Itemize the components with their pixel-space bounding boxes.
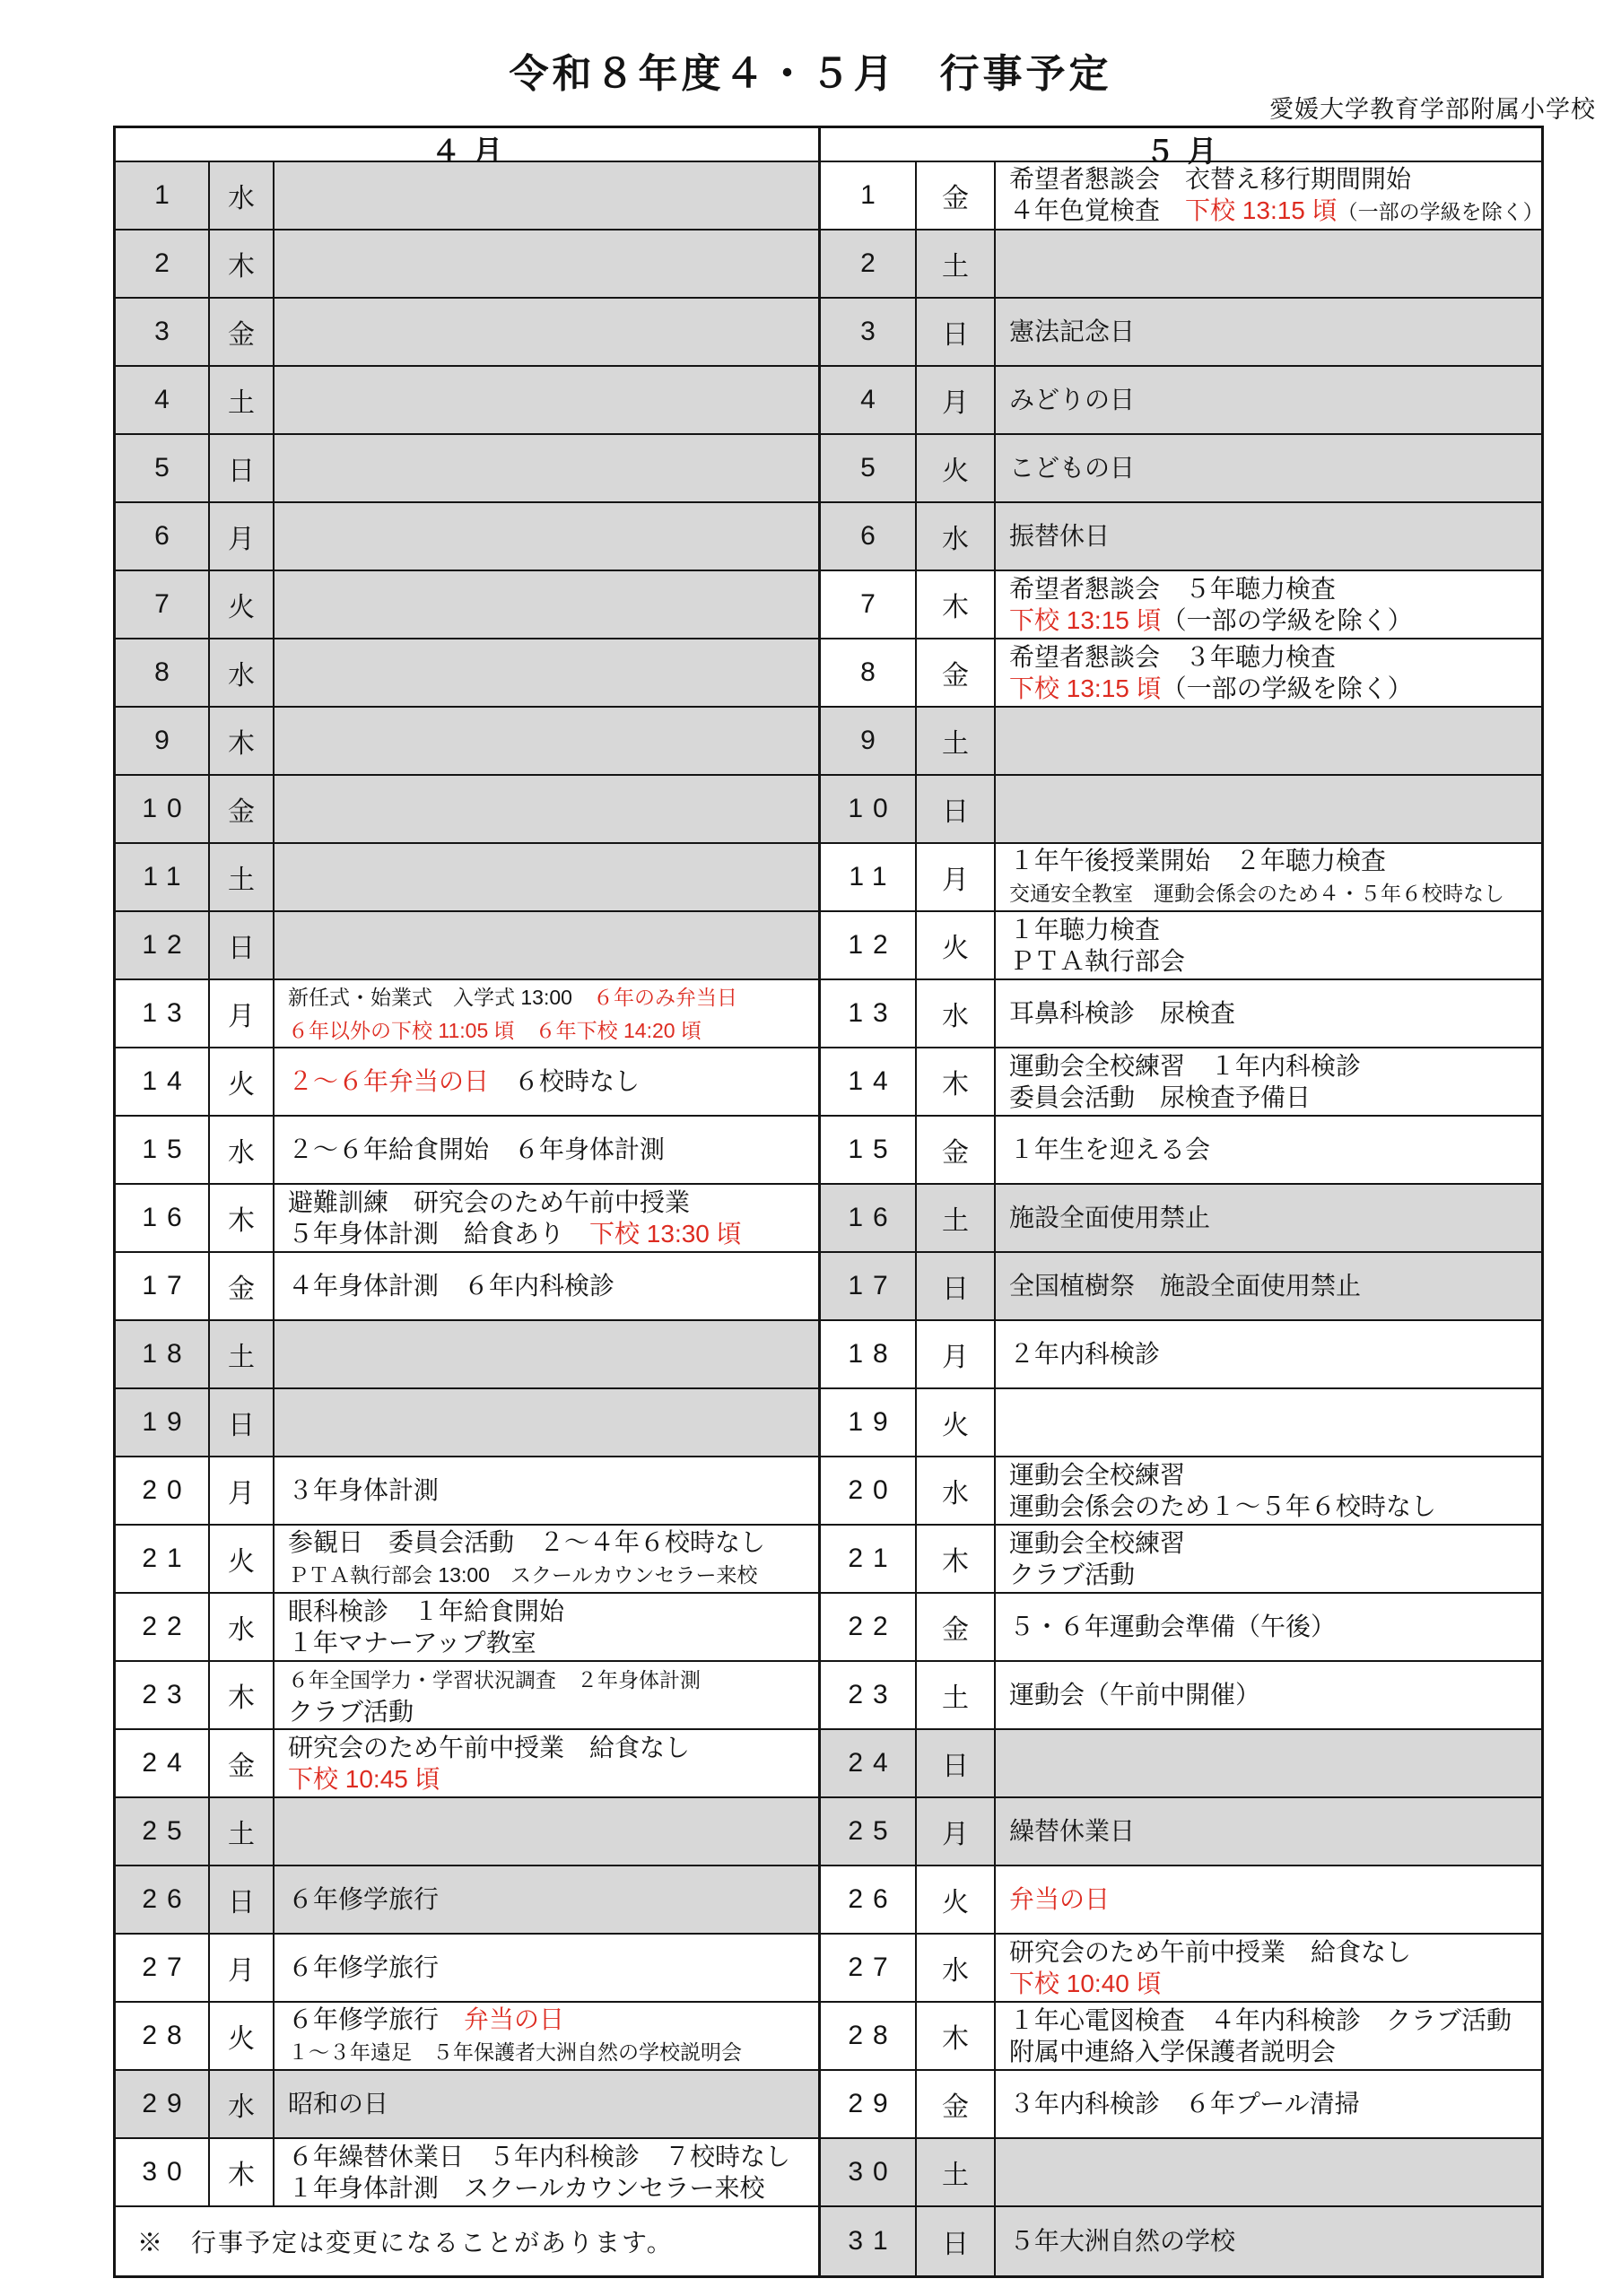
april-event-cell	[275, 367, 821, 433]
calendar-row: 22水眼科検診 １年給食開始１年マナーアップ教室22金５・６年運動会準備（午後）	[116, 1594, 1541, 1662]
may-day-number: 3	[821, 299, 917, 365]
april-weekday: 日	[210, 1866, 275, 1933]
event-text: ６年繰替休業日 ５年内科検診 ７校時なし	[288, 2143, 790, 2170]
may-day-number: 26	[821, 1866, 917, 1933]
may-event-cell: ５・６年運動会準備（午後）	[996, 1594, 1541, 1660]
event-line: 希望者懇談会 衣替え移行期間開始	[1009, 163, 1541, 196]
may-weekday: 金	[917, 2071, 996, 2137]
event-line: １年身体計測 スクールカウンセラー来校	[288, 2172, 818, 2205]
april-day-number: 17	[116, 1253, 210, 1319]
day-number-text: 19	[142, 1407, 191, 1438]
event-line: ６年以外の下校 11:05 頃 ６年下校 14:20 頃	[288, 1013, 818, 1047]
day-number-text: 15	[142, 1135, 191, 1165]
calendar-rows: 1水1金希望者懇談会 衣替え移行期間開始４年色覚検査 下校 13:15 頃（一部…	[116, 162, 1541, 2275]
event-text: ５年大洲自然の学校	[1009, 2227, 1235, 2255]
april-event-cell: ６年修学旅行	[275, 1866, 821, 1933]
event-line: ６年修学旅行	[288, 1952, 818, 1984]
event-text: 全国植樹祭 施設全面使用禁止	[1009, 1272, 1361, 1300]
event-line: １年聴力検査	[1009, 914, 1541, 946]
day-number-text: 24	[142, 1748, 191, 1779]
event-text: ３年内科検診 ６年プール清掃	[1009, 2090, 1360, 2118]
may-event-cell: 運動会（午前中開催）	[996, 1662, 1541, 1728]
april-weekday: 金	[210, 776, 275, 842]
april-weekday: 金	[210, 1730, 275, 1796]
april-weekday: 土	[210, 367, 275, 433]
april-event-cell: 研究会のため午前中授業 給食なし下校 10:45 頃	[275, 1730, 821, 1796]
may-day-number: 15	[821, 1117, 917, 1183]
event-text: （一部の学級を除く）	[1162, 606, 1413, 634]
april-event-cell	[275, 230, 821, 297]
april-event-cell: ６年修学旅行	[275, 1935, 821, 2001]
event-line: ６年修学旅行 弁当の日	[288, 2004, 818, 2036]
april-event-cell: ６年全国学力・学習状況調査 ２年身体計測クラブ活動	[275, 1662, 821, 1728]
calendar-row: 12日12火１年聴力検査ＰＴＡ執行部会	[116, 912, 1541, 980]
event-line: ５・６年運動会準備（午後）	[1009, 1611, 1541, 1643]
april-weekday: 火	[210, 1048, 275, 1115]
calendar-row: 20月３年身体計測20水運動会全校練習運動会係会のため１～５年６校時なし	[116, 1457, 1541, 1526]
event-text: 希望者懇談会 ５年聴力検査	[1009, 575, 1336, 603]
april-event-cell: ３年身体計測	[275, 1457, 821, 1524]
day-number-text: 6	[154, 521, 179, 552]
day-number-text: 28	[142, 2021, 191, 2051]
event-line: クラブ活動	[288, 1696, 818, 1728]
april-event-cell	[275, 571, 821, 638]
april-weekday: 日	[210, 912, 275, 978]
may-event-cell: ３年内科検診 ６年プール清掃	[996, 2071, 1541, 2137]
may-event-cell: 繰替休業日	[996, 1798, 1541, 1865]
event-text: ４年色覚検査	[1009, 196, 1185, 224]
calendar-row: 18土18月２年内科検診	[116, 1321, 1541, 1389]
day-number-text: 8	[154, 657, 179, 688]
april-weekday: 水	[210, 1117, 275, 1183]
calendar-row: 11土11月１年午後授業開始 ２年聴力検査交通安全教室 運動会係会のため４・５年…	[116, 844, 1541, 912]
event-line: 希望者懇談会 ５年聴力検査	[1009, 573, 1541, 605]
may-weekday: 水	[917, 503, 996, 570]
may-event-cell: みどりの日	[996, 367, 1541, 433]
day-number-text: 28	[848, 2021, 897, 2051]
calendar-row: 16木避難訓練 研究会のため午前中授業５年身体計測 給食あり 下校 13:30 …	[116, 1185, 1541, 1253]
event-line: ５年大洲自然の学校	[1009, 2225, 1541, 2257]
event-text-red: ６年以外の下校 11:05 頃 ６年下校 14:20 頃	[288, 1019, 702, 1042]
may-day-number: 13	[821, 980, 917, 1047]
april-day-number: 11	[116, 844, 210, 910]
event-line: ５年身体計測 給食あり 下校 13:30 頃	[288, 1218, 818, 1250]
april-day-number: 27	[116, 1935, 210, 2001]
may-event-cell: 希望者懇談会 衣替え移行期間開始４年色覚検査 下校 13:15 頃（一部の学級を…	[996, 162, 1541, 229]
may-weekday: 金	[917, 162, 996, 229]
event-text: 運動会全校練習 １年内科検診	[1009, 1052, 1361, 1080]
day-number-text: 14	[848, 1066, 897, 1097]
day-number-text: 20	[848, 1475, 897, 1506]
may-event-cell: 研究会のため午前中授業 給食なし下校 10:40 頃	[996, 1935, 1541, 2001]
event-line: ３年内科検診 ６年プール清掃	[1009, 2088, 1541, 2120]
may-event-cell: 弁当の日	[996, 1866, 1541, 1933]
event-text: 運動会全校練習	[1009, 1461, 1185, 1489]
day-number-text: 22	[848, 1612, 897, 1642]
may-weekday: 土	[917, 1662, 996, 1728]
event-text: 眼科検診 １年給食開始	[288, 1597, 564, 1625]
event-text: 希望者懇談会 衣替え移行期間開始	[1009, 165, 1411, 193]
may-weekday: 木	[917, 571, 996, 638]
event-text: ６年全国学力・学習状況調査 ２年身体計測	[288, 1668, 701, 1692]
may-weekday: 月	[917, 1798, 996, 1865]
april-day-number: 14	[116, 1048, 210, 1115]
calendar-row: 15水２～６年給食開始 ６年身体計測15金１年生を迎える会	[116, 1117, 1541, 1185]
april-day-number: 2	[116, 230, 210, 297]
april-day-number: 5	[116, 435, 210, 501]
day-number-text: 22	[142, 1612, 191, 1642]
may-weekday: 木	[917, 2003, 996, 2069]
may-event-cell: 希望者懇談会 ５年聴力検査下校 13:15 頃（一部の学級を除く）	[996, 571, 1541, 638]
event-line: ＰＴＡ執行部会	[1009, 945, 1541, 978]
april-day-number: 22	[116, 1594, 210, 1660]
event-line: ４年色覚検査 下校 13:15 頃（一部の学級を除く）	[1009, 195, 1541, 229]
april-weekday: 水	[210, 639, 275, 706]
day-number-text: 27	[142, 1952, 191, 1983]
may-day-number: 20	[821, 1457, 917, 1524]
event-line: 運動会全校練習 １年内科検診	[1009, 1050, 1541, 1083]
event-text: １年心電図検査 ４年内科検診 クラブ活動	[1009, 2006, 1512, 2034]
event-line: ２年内科検診	[1009, 1338, 1541, 1370]
april-event-cell: 新任式・始業式 入学式 13:00 ６年のみ弁当日６年以外の下校 11:05 頃…	[275, 980, 821, 1047]
may-event-cell: １年聴力検査ＰＴＡ執行部会	[996, 912, 1541, 978]
event-line: 下校 13:15 頃（一部の学級を除く）	[1009, 673, 1541, 705]
event-text: 新任式・始業式 入学式 13:00	[288, 986, 593, 1009]
event-line: みどりの日	[1009, 384, 1541, 416]
may-event-cell	[996, 708, 1541, 774]
calendar-row: 5日5火こどもの日	[116, 435, 1541, 503]
event-line: ２～６年弁当の日 ６校時なし	[288, 1065, 818, 1098]
day-number-text: 1	[860, 180, 885, 211]
april-event-cell	[275, 503, 821, 570]
may-event-cell	[996, 230, 1541, 297]
event-text: １年身体計測 スクールカウンセラー来校	[288, 2174, 764, 2202]
may-day-number: 31	[821, 2207, 917, 2275]
may-day-number: 23	[821, 1662, 917, 1728]
may-event-cell: 希望者懇談会 ３年聴力検査下校 13:15 頃（一部の学級を除く）	[996, 639, 1541, 706]
april-event-cell	[275, 1321, 821, 1387]
day-number-text: 9	[860, 726, 885, 756]
day-number-text: 30	[848, 2157, 897, 2187]
event-line: こどもの日	[1009, 452, 1541, 484]
april-day-number: 16	[116, 1185, 210, 1251]
day-number-text: 15	[848, 1135, 897, 1165]
may-weekday: 土	[917, 1185, 996, 1251]
may-weekday: 金	[917, 639, 996, 706]
april-weekday: 木	[210, 230, 275, 297]
event-line: １年マナーアップ教室	[288, 1627, 818, 1659]
day-number-text: 3	[860, 317, 885, 347]
event-text: ６校時なし	[489, 1067, 640, 1095]
april-day-number: 19	[116, 1389, 210, 1456]
event-text: １年聴力検査	[1009, 916, 1160, 944]
april-event-cell	[275, 639, 821, 706]
event-text: 研究会のため午前中授業 給食なし	[1009, 1938, 1411, 1966]
calendar-row: 19日19火	[116, 1389, 1541, 1457]
event-line: 運動会（午前中開催）	[1009, 1679, 1541, 1711]
may-day-number: 30	[821, 2139, 917, 2205]
event-line: 運動会全校練習	[1009, 1527, 1541, 1560]
may-event-cell: 施設全面使用禁止	[996, 1185, 1541, 1251]
may-event-cell: ２年内科検診	[996, 1321, 1541, 1387]
day-number-text: 23	[848, 1680, 897, 1710]
event-text-red: 弁当の日	[464, 2005, 564, 2033]
may-weekday: 月	[917, 844, 996, 910]
event-text: ２～６年給食開始 ６年身体計測	[288, 1135, 665, 1163]
april-event-cell	[275, 708, 821, 774]
april-weekday: 木	[210, 708, 275, 774]
may-day-number: 28	[821, 2003, 917, 2069]
april-day-number: 4	[116, 367, 210, 433]
may-weekday: 金	[917, 1117, 996, 1183]
april-event-cell: 避難訓練 研究会のため午前中授業５年身体計測 給食あり 下校 13:30 頃	[275, 1185, 821, 1251]
day-number-text: 30	[142, 2157, 191, 2187]
april-weekday: 月	[210, 1457, 275, 1524]
day-number-text: 4	[860, 385, 885, 415]
calendar-row: 10金10日	[116, 776, 1541, 844]
event-text: １年午後授業開始 ２年聴力検査	[1009, 847, 1386, 874]
april-weekday: 水	[210, 1594, 275, 1660]
april-day-number: 12	[116, 912, 210, 978]
event-line: １年午後授業開始 ２年聴力検査	[1009, 845, 1541, 877]
event-text: 研究会のため午前中授業 給食なし	[288, 1734, 690, 1761]
april-day-number: 6	[116, 503, 210, 570]
event-line: 耳鼻科検診 尿検査	[1009, 997, 1541, 1030]
april-day-number: 25	[116, 1798, 210, 1865]
event-text-red: 弁当の日	[1009, 1885, 1110, 1913]
may-weekday: 日	[917, 776, 996, 842]
calendar-row: 6月6水振替休日	[116, 503, 1541, 571]
day-number-text: 4	[154, 385, 179, 415]
day-number-text: 21	[142, 1544, 191, 1574]
calendar-row: 24金研究会のため午前中授業 給食なし下校 10:45 頃24日	[116, 1730, 1541, 1798]
may-event-cell: 憲法記念日	[996, 299, 1541, 365]
may-day-number: 24	[821, 1730, 917, 1796]
april-day-number: 15	[116, 1117, 210, 1183]
event-text: ＰＴＡ執行部会 13:00 スクールカウンセラー来校	[288, 1563, 758, 1587]
april-day-number: 29	[116, 2071, 210, 2137]
event-line: 交通安全教室 運動会係会のため４・５年６校時なし	[1009, 876, 1541, 910]
event-text-red: 下校 10:45 頃	[288, 1765, 440, 1793]
day-number-text: 13	[848, 998, 897, 1029]
day-number-text: 20	[142, 1475, 191, 1506]
event-text: クラブ活動	[288, 1698, 414, 1726]
event-text-red: 下校 13:30 頃	[589, 1220, 742, 1248]
april-event-cell: ２～６年給食開始 ６年身体計測	[275, 1117, 821, 1183]
day-number-text: 27	[848, 1952, 897, 1983]
may-weekday: 水	[917, 1457, 996, 1524]
day-number-text: 5	[860, 453, 885, 483]
may-day-number: 21	[821, 1526, 917, 1592]
event-text: 運動会係会のため１～５年６校時なし	[1009, 1492, 1436, 1520]
event-text-red: 下校 13:15 頃	[1009, 674, 1162, 702]
april-day-number: 1	[116, 162, 210, 229]
may-day-number: 14	[821, 1048, 917, 1115]
may-weekday: 火	[917, 912, 996, 978]
april-weekday: 土	[210, 1321, 275, 1387]
day-number-text: 8	[860, 657, 885, 688]
may-day-number: 22	[821, 1594, 917, 1660]
event-text: ５年身体計測 給食あり	[288, 1220, 589, 1248]
calendar-row: 29水昭和の日29金３年内科検診 ６年プール清掃	[116, 2071, 1541, 2139]
may-day-number: 25	[821, 1798, 917, 1865]
day-number-text: 26	[848, 1884, 897, 1915]
day-number-text: 1	[154, 180, 179, 211]
may-day-number: 5	[821, 435, 917, 501]
calendar-row: 9木9土	[116, 708, 1541, 776]
may-weekday: 月	[917, 1321, 996, 1387]
april-event-cell: 眼科検診 １年給食開始１年マナーアップ教室	[275, 1594, 821, 1660]
april-event-cell	[275, 844, 821, 910]
event-text: 交通安全教室 運動会係会のため４・５年６校時なし	[1009, 882, 1504, 905]
day-number-text: 10	[848, 794, 897, 824]
event-text: 避難訓練 研究会のため午前中授業	[288, 1188, 690, 1216]
calendar-row: 8水8金希望者懇談会 ３年聴力検査下校 13:15 頃（一部の学級を除く）	[116, 639, 1541, 708]
event-text: １年マナーアップ教室	[288, 1629, 536, 1657]
day-number-text: 17	[848, 1271, 897, 1301]
calendar-row: 28火６年修学旅行 弁当の日１～３年遠足 ５年保護者大洲自然の学校説明会28木１…	[116, 2003, 1541, 2071]
april-event-cell: ６年繰替休業日 ５年内科検診 ７校時なし１年身体計測 スクールカウンセラー来校	[275, 2139, 821, 2205]
event-text-red: ２～６年弁当の日	[288, 1067, 489, 1095]
event-line: 附属中連絡入学保護者説明会	[1009, 2036, 1541, 2068]
may-weekday: 日	[917, 1730, 996, 1796]
day-number-text: 31	[848, 2226, 897, 2257]
april-day-number: 26	[116, 1866, 210, 1933]
event-text: 施設全面使用禁止	[1009, 1204, 1210, 1231]
event-line: ６年繰替休業日 ５年内科検診 ７校時なし	[288, 2141, 818, 2173]
may-event-cell	[996, 1730, 1541, 1796]
may-event-cell: １年生を迎える会	[996, 1117, 1541, 1183]
may-day-number: 27	[821, 1935, 917, 2001]
calendar-row: 1水1金希望者懇談会 衣替え移行期間開始４年色覚検査 下校 13:15 頃（一部…	[116, 162, 1541, 230]
event-line: 運動会係会のため１～５年６校時なし	[1009, 1491, 1541, 1523]
event-line: ＰＴＡ執行部会 13:00 スクールカウンセラー来校	[288, 1558, 818, 1592]
may-weekday: 木	[917, 1526, 996, 1592]
event-text: （一部の学級を除く）	[1162, 674, 1413, 702]
schedule-table: ４月 ５月 1水1金希望者懇談会 衣替え移行期間開始４年色覚検査 下校 13:1…	[113, 126, 1544, 2278]
day-number-text: 11	[849, 862, 896, 892]
april-weekday: 水	[210, 2071, 275, 2137]
event-text: １年生を迎える会	[1009, 1135, 1210, 1163]
event-line: １年心電図検査 ４年内科検診 クラブ活動	[1009, 2005, 1541, 2037]
april-weekday: 日	[210, 435, 275, 501]
event-text: こどもの日	[1009, 454, 1135, 482]
may-day-number: 2	[821, 230, 917, 297]
day-number-text: 18	[848, 1339, 897, 1370]
may-weekday: 木	[917, 1048, 996, 1115]
event-line: 新任式・始業式 入学式 13:00 ６年のみ弁当日	[288, 980, 818, 1013]
may-day-number: 6	[821, 503, 917, 570]
april-event-cell	[275, 776, 821, 842]
event-text: ２年内科検診	[1009, 1340, 1160, 1368]
calendar-row: 2木2土	[116, 230, 1541, 299]
event-text: ＰＴＡ執行部会	[1009, 947, 1185, 975]
may-day-number: 12	[821, 912, 917, 978]
april-event-cell: 昭和の日	[275, 2071, 821, 2137]
day-number-text: 11	[143, 862, 190, 892]
may-event-cell: こどもの日	[996, 435, 1541, 501]
day-number-text: 14	[142, 1066, 191, 1097]
april-weekday: 火	[210, 2003, 275, 2069]
day-number-text: 7	[154, 589, 179, 620]
day-number-text: 29	[142, 2089, 191, 2119]
calendar-row: 17金４年身体計測 ６年内科検診17日全国植樹祭 施設全面使用禁止	[116, 1253, 1541, 1321]
may-event-cell: 運動会全校練習クラブ活動	[996, 1526, 1541, 1592]
april-day-number: 30	[116, 2139, 210, 2205]
calendar-row: 26日６年修学旅行26火弁当の日	[116, 1866, 1541, 1935]
event-line: ４年身体計測 ６年内科検診	[288, 1270, 818, 1302]
event-line: 昭和の日	[288, 2088, 818, 2120]
event-text: １～３年遠足 ５年保護者大洲自然の学校説明会	[288, 2040, 742, 2064]
event-text: ６年修学旅行	[288, 2005, 464, 2033]
april-weekday: 金	[210, 299, 275, 365]
page: 令和８年度４・５月 行事予定 愛媛大学教育学部附属小学校 ４月 ５月 1水1金希…	[0, 0, 1621, 2296]
day-number-text: 16	[142, 1203, 191, 1233]
day-number-text: 12	[848, 930, 897, 961]
april-weekday: 日	[210, 1389, 275, 1456]
april-day-number: 7	[116, 571, 210, 638]
table-header-row: ４月 ５月	[116, 128, 1541, 162]
event-line: 研究会のため午前中授業 給食なし	[1009, 1936, 1541, 1969]
may-day-number: 29	[821, 2071, 917, 2137]
april-day-number: 20	[116, 1457, 210, 1524]
calendar-row: 13月新任式・始業式 入学式 13:00 ６年のみ弁当日６年以外の下校 11:0…	[116, 980, 1541, 1048]
day-number-text: 19	[848, 1407, 897, 1438]
may-weekday: 水	[917, 980, 996, 1047]
event-line: 下校 13:15 頃（一部の学級を除く）	[1009, 604, 1541, 637]
may-event-cell	[996, 776, 1541, 842]
may-day-number: 18	[821, 1321, 917, 1387]
may-event-cell: １年心電図検査 ４年内科検診 クラブ活動附属中連絡入学保護者説明会	[996, 2003, 1541, 2069]
april-day-number: 21	[116, 1526, 210, 1592]
calendar-row: 14火２～６年弁当の日 ６校時なし14木運動会全校練習 １年内科検診委員会活動 …	[116, 1048, 1541, 1117]
day-number-text: 25	[848, 1816, 897, 1847]
day-number-text: 16	[848, 1203, 897, 1233]
may-day-number: 11	[821, 844, 917, 910]
event-line: 弁当の日	[1009, 1883, 1541, 1916]
event-text: ４年身体計測 ６年内科検診	[288, 1272, 614, 1300]
event-line: １～３年遠足 ５年保護者大洲自然の学校説明会	[288, 2035, 818, 2069]
may-day-number: 1	[821, 162, 917, 229]
calendar-row: 27月６年修学旅行27水研究会のため午前中授業 給食なし下校 10:40 頃	[116, 1935, 1541, 2003]
day-number-text: 17	[142, 1271, 191, 1301]
event-text-red: 下校 13:15 頃	[1185, 196, 1338, 224]
may-weekday: 火	[917, 1389, 996, 1456]
day-number-text: 3	[154, 317, 179, 347]
event-line: 運動会全校練習	[1009, 1459, 1541, 1492]
day-number-text: 18	[142, 1339, 191, 1370]
april-event-cell: ４年身体計測 ６年内科検診	[275, 1253, 821, 1319]
april-event-cell: ２～６年弁当の日 ６校時なし	[275, 1048, 821, 1115]
april-weekday: 月	[210, 503, 275, 570]
calendar-row: 25土25月繰替休業日	[116, 1798, 1541, 1866]
day-number-text: 6	[860, 521, 885, 552]
day-number-text: 26	[142, 1884, 191, 1915]
april-weekday: 月	[210, 980, 275, 1047]
day-number-text: 7	[860, 589, 885, 620]
event-text-red: 下校 13:15 頃	[1009, 606, 1162, 634]
event-text: 繰替休業日	[1009, 1817, 1135, 1845]
calendar-row: 4土4月みどりの日	[116, 367, 1541, 435]
event-line: ６年修学旅行	[288, 1883, 818, 1916]
april-weekday: 土	[210, 844, 275, 910]
calendar-row: 7火7木希望者懇談会 ５年聴力検査下校 13:15 頃（一部の学級を除く）	[116, 571, 1541, 639]
event-text: ６年修学旅行	[288, 1885, 439, 1913]
day-number-text: 24	[848, 1748, 897, 1779]
may-weekday: 金	[917, 1594, 996, 1660]
event-line: 憲法記念日	[1009, 316, 1541, 348]
calendar-row: 23木６年全国学力・学習状況調査 ２年身体計測クラブ活動23土運動会（午前中開催…	[116, 1662, 1541, 1730]
